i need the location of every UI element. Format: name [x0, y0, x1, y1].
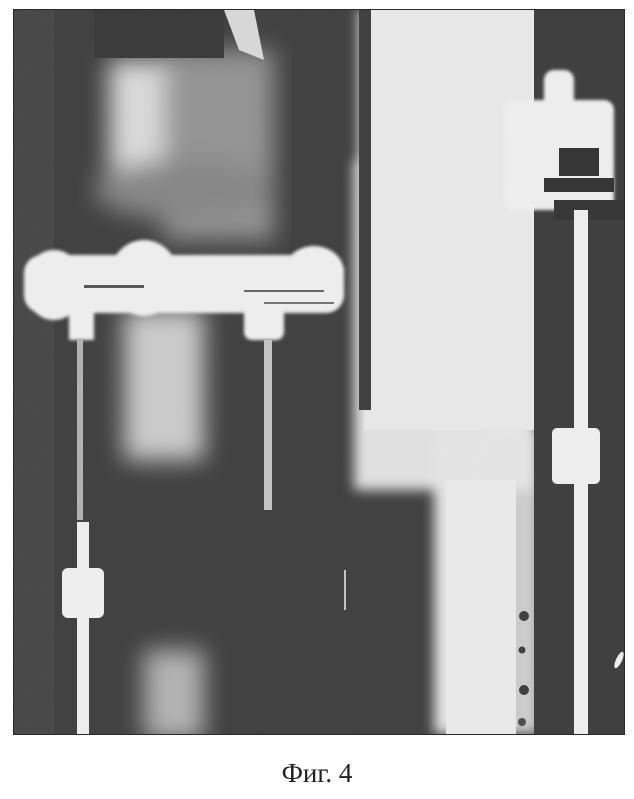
figure-caption: Фиг. 4: [0, 758, 634, 789]
radiograph-image: [14, 10, 624, 734]
radiograph-figure: [13, 9, 625, 735]
